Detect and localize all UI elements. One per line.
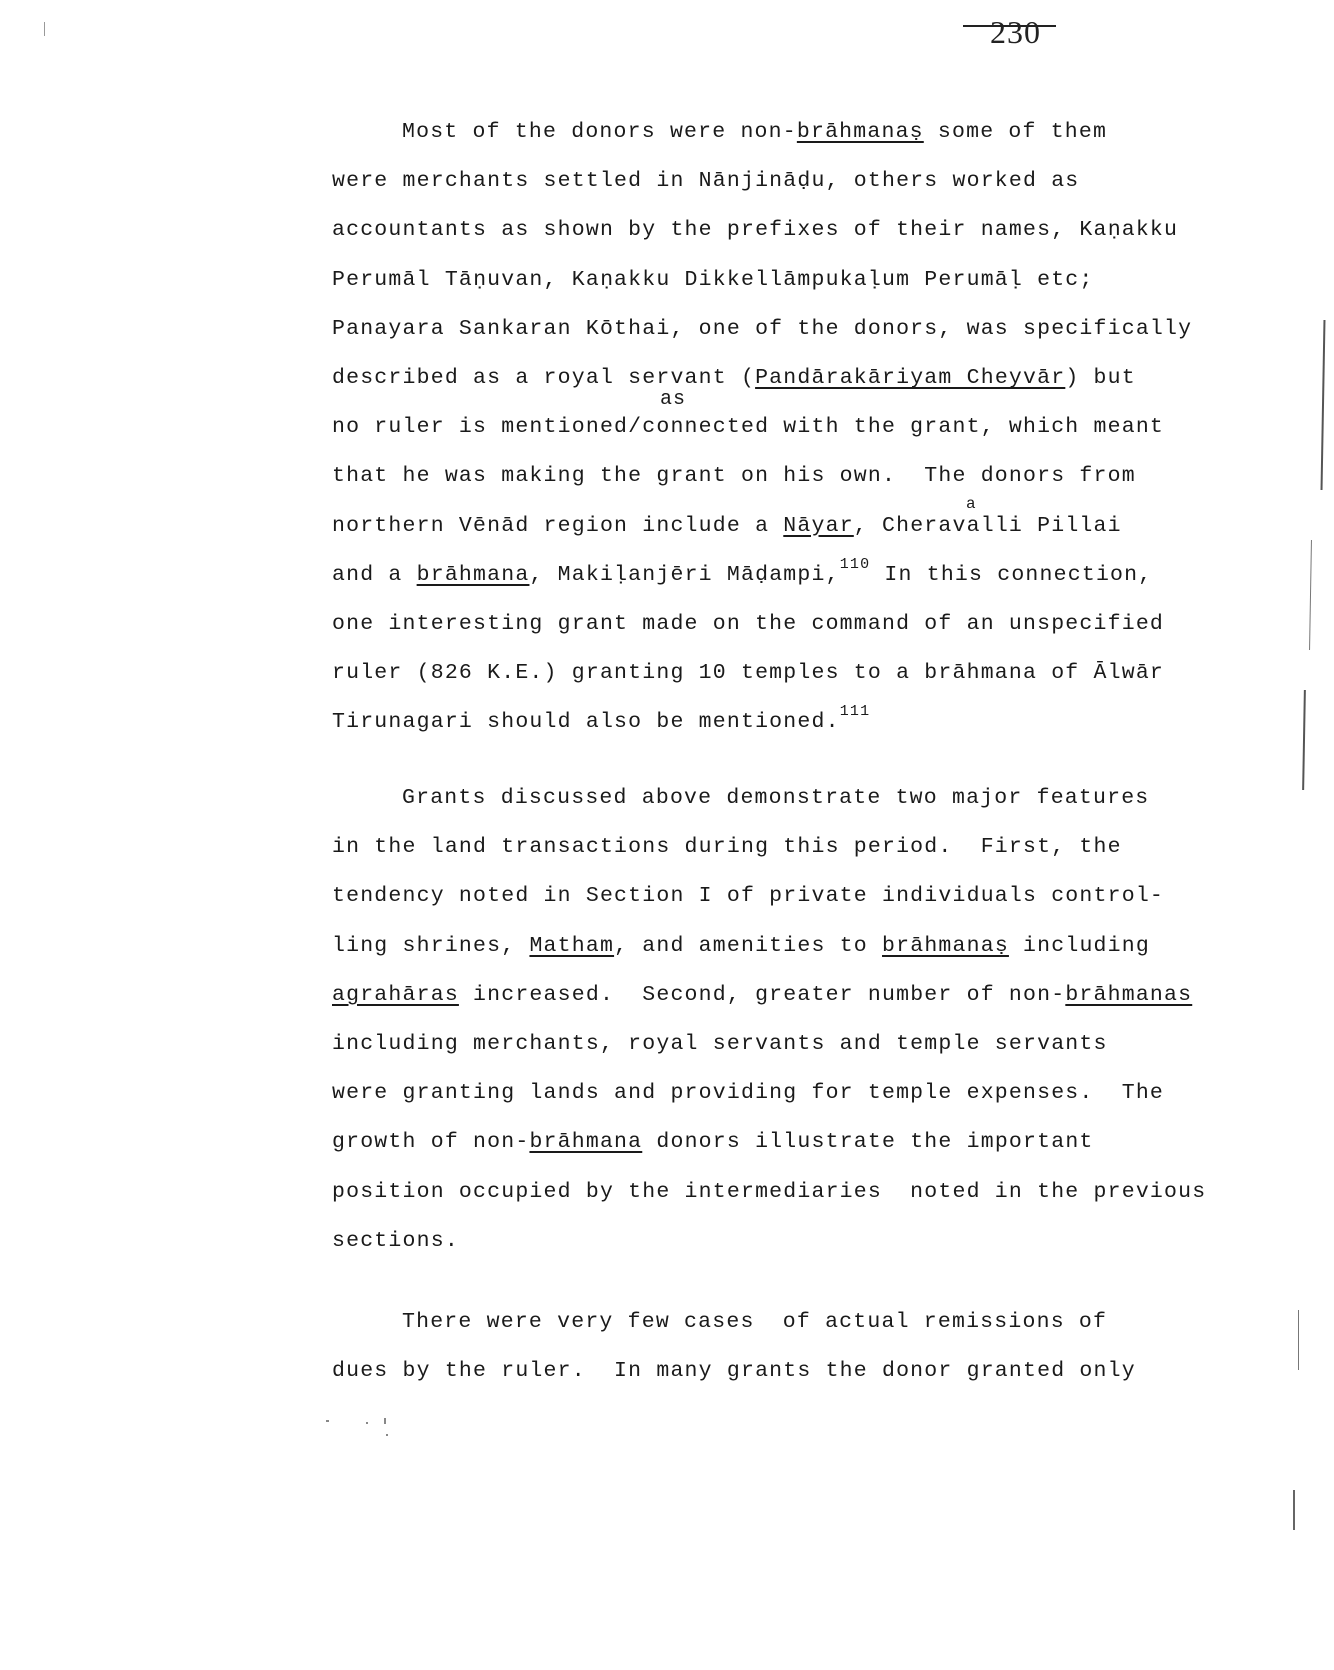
text-line: accountants as shown by the prefixes of … [332,216,1178,244]
text-line: no ruler is mentioned/connected with the… [332,413,1164,441]
text-run: In this connection, [870,563,1152,587]
text-run: including merchants, royal servants and … [332,1032,1108,1056]
underlined-term: Matham [529,934,614,958]
text-run: were granting lands and providing for te… [332,1081,1164,1105]
text-line: were granting lands and providing for te… [332,1079,1164,1107]
underlined-term: agrahāras [332,983,459,1007]
text-run: one interesting grant made on the comman… [332,612,1164,636]
text-run: donors illustrate the important [642,1130,1093,1154]
text-run: described as a royal servant ( [332,366,755,390]
scan-edge-line [1302,690,1306,790]
underlined-term: Nāyar [783,514,854,538]
text-run: accountants as shown by the prefixes of … [332,218,1178,242]
text-run: including [1009,934,1150,958]
text-run: ) but [1065,366,1136,390]
text-line: were merchants settled in Nānjināḍu, oth… [332,167,1079,195]
text-line: agrahāras increased. Second, greater num… [332,981,1192,1009]
text-line: including merchants, royal servants and … [332,1030,1108,1058]
text-line: Perumāl Tāṇuvan, Kaṇakku Dikkellāmpukaḷu… [332,266,1094,294]
text-line: dues by the ruler. In many grants the do… [332,1357,1136,1385]
text-line: tendency noted in Section I of private i… [332,882,1164,910]
text-line: growth of non-brāhmana donors illustrate… [332,1128,1094,1156]
text-run: Most of the donors were non- [402,120,797,144]
text-run: were merchants settled in Nānjināḍu, oth… [332,169,1079,193]
text-run: There were very few cases of actual remi… [402,1310,1107,1334]
text-run: dues by the ruler. In many grants the do… [332,1359,1136,1383]
text-run: , and amenities to [614,934,882,958]
text-run: that he was making the grant on his own.… [332,464,1136,488]
text-line: one interesting grant made on the comman… [332,610,1164,638]
text-line: Panayara Sankaran Kōthai, one of the don… [332,315,1192,343]
underlined-term: brāhmana [417,563,530,587]
footnote-ref: 111 [840,703,871,720]
interlinear-insert: as [660,388,686,412]
text-line: position occupied by the intermediaries … [332,1178,1206,1206]
text-line: described as a royal servant (Pandārakār… [332,364,1136,392]
underlined-term: brāhmanas [1065,983,1192,1007]
text-run: , Cheravalli Pillai [854,514,1122,538]
text-run: and a [332,563,417,587]
scan-edge-line [1298,1310,1299,1370]
scan-speck [384,1418,386,1424]
text-line: northern Vēnād region include a Nāyar, C… [332,512,1122,540]
scan-edge-line [1309,540,1312,650]
text-line: that he was making the grant on his own.… [332,462,1136,490]
text-run: growth of non- [332,1130,529,1154]
text-run: ling shrines, [332,934,529,958]
text-run: sections. [332,1229,459,1253]
text-line: in the land transactions during this per… [332,833,1122,861]
text-run: increased. Second, greater number of non… [459,983,1065,1007]
text-run: no ruler is mentioned/connected with the… [332,415,1164,439]
underlined-term: brāhmanaṣ [797,120,924,144]
footnote-ref: 110 [840,556,871,573]
scan-edge-mark [44,22,45,36]
text-line: sections. [332,1227,459,1255]
text-run: Tirunagari should also be mentioned. [332,710,840,734]
text-run: northern Vēnād region include a [332,514,783,538]
text-run: Perumāl Tāṇuvan, Kaṇakku Dikkellāmpukaḷu… [332,268,1094,292]
text-run: Panayara Sankaran Kōthai, one of the don… [332,317,1192,341]
scan-speck [386,1434,388,1436]
text-run: ruler (826 K.E.) granting 10 temples to … [332,661,1164,685]
scan-speck [326,1420,329,1422]
text-run: Grants discussed above demonstrate two m… [402,786,1149,810]
text-line: ling shrines, Matham, and amenities to b… [332,932,1150,960]
scan-speck [366,1422,368,1424]
text-line: and a brāhmana, Makiḷanjēri Māḍampi,110 … [332,561,1152,589]
text-run: position occupied by the intermediaries … [332,1180,1206,1204]
text-run: tendency noted in Section I of private i… [332,884,1164,908]
page-number: 230 [990,14,1041,50]
text-run: in the land transactions during this per… [332,835,1122,859]
interlinear-insert: a [966,492,977,516]
text-line: There were very few cases of actual remi… [402,1308,1107,1336]
underlined-term: brāhmana [529,1130,642,1154]
text-run: , Makiḷanjēri Māḍampi, [529,563,839,587]
text-line: ruler (826 K.E.) granting 10 temples to … [332,659,1164,687]
scan-edge-line [1293,1490,1295,1530]
text-line: Tirunagari should also be mentioned.111 [332,708,870,736]
text-line: Most of the donors were non-brāhmanaṣ so… [402,118,1107,146]
scan-edge-line [1321,320,1326,490]
text-run: some of them [924,120,1107,144]
text-line: Grants discussed above demonstrate two m… [402,784,1149,812]
underlined-term: brāhmanaṣ [882,934,1009,958]
underlined-term: Pandārakāriyam Cheyvār [755,366,1065,390]
